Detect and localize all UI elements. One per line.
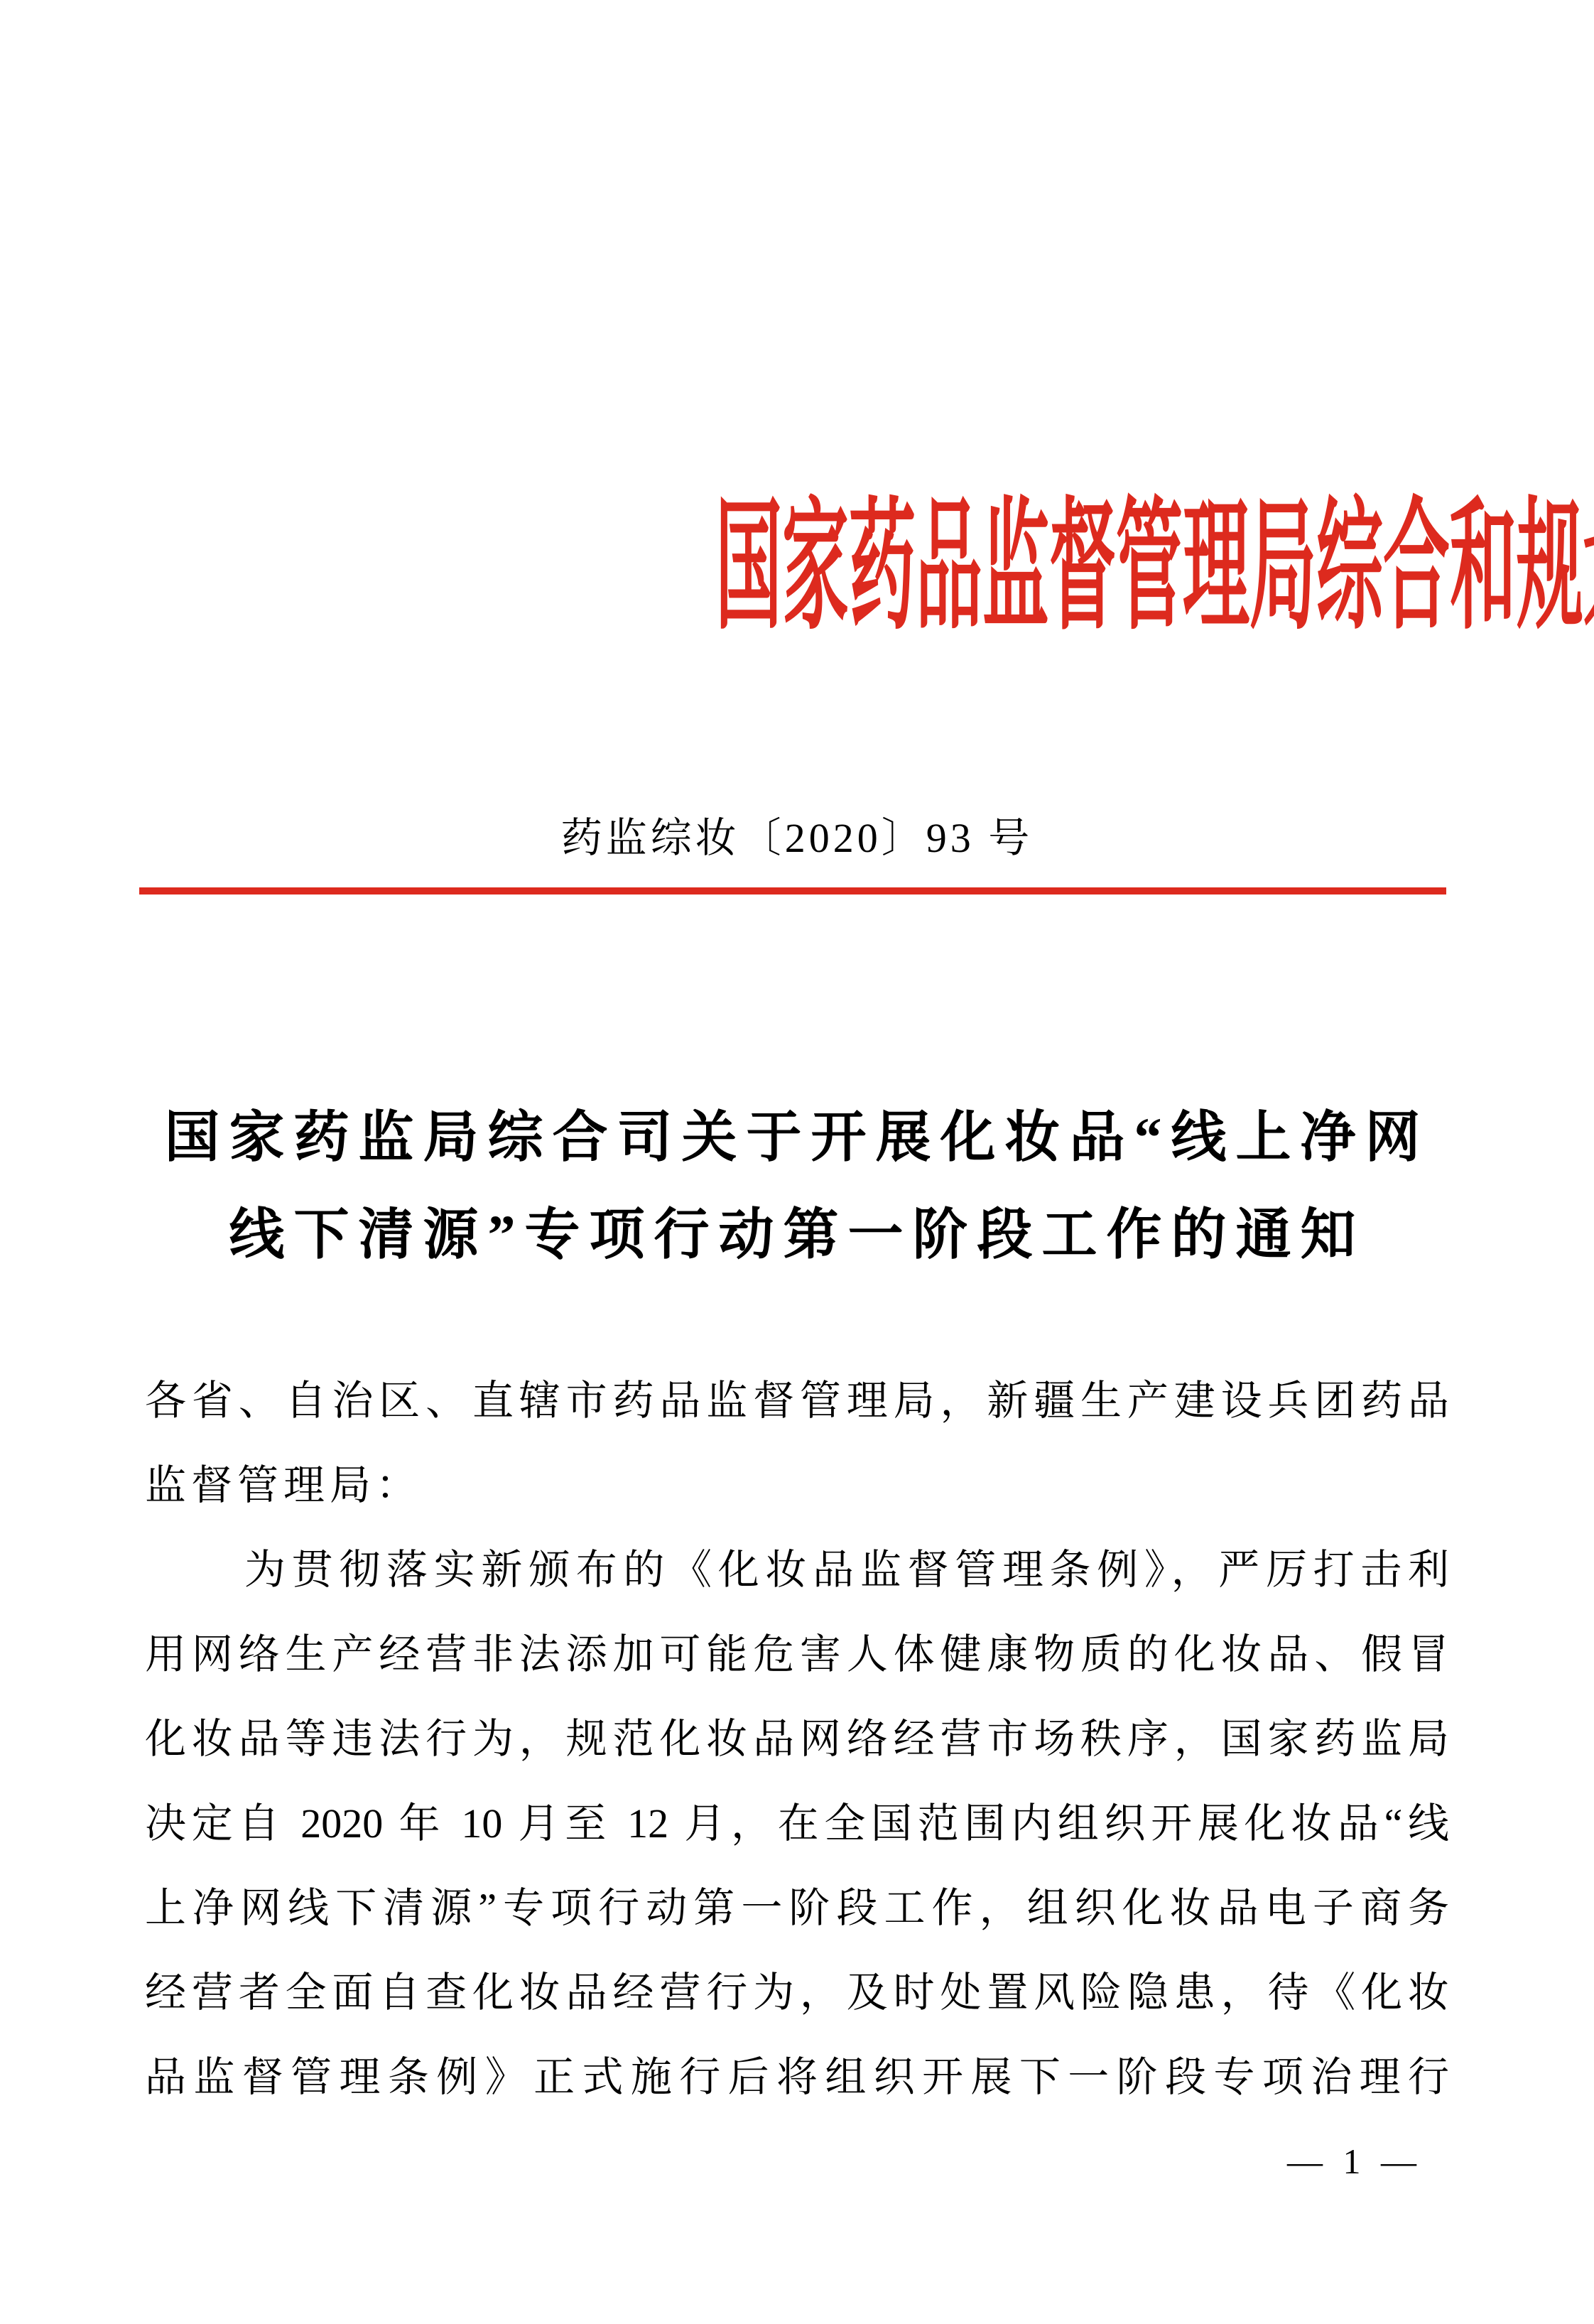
paragraph-line: 上净网线下清源”专项行动第一阶段工作，组织化妆品电子商务 — [145, 1866, 1449, 1950]
red-divider-rule — [139, 887, 1446, 895]
paragraph-line: 为贯彻落实新颁布的《化妆品监督管理条例》，严厉打击利 — [145, 1528, 1449, 1612]
addressee-line: 监督管理局： — [145, 1443, 1449, 1528]
paragraph-line: 化妆品等违法行为，规范化妆品网络经营市场秩序，国家药监局 — [145, 1697, 1449, 1781]
document-title-line2: 线下清源”专项行动第一阶段工作的通知 — [0, 1186, 1594, 1283]
page-number: — 1 — — [1287, 2140, 1422, 2183]
paragraph-line: 用网络生产经营非法添加可能危害人体健康物质的化妆品、假冒 — [145, 1612, 1449, 1697]
letterhead-title: 国家药品监督管理局综合和规划财务司文件 — [715, 490, 1594, 647]
doc-number: 药监综妆〔2020〕93 号 — [0, 810, 1594, 867]
paragraph-line: 决定自 2020 年 10 月至 12 月，在全国范围内组织开展化妆品“线 — [145, 1781, 1449, 1866]
paragraph-line: 经营者全面自查化妆品经营行为，及时处置风险隐患，待《化妆 — [145, 1950, 1449, 2035]
document-title: 国家药监局综合司关于开展化妆品“线上净网 线下清源”专项行动第一阶段工作的通知 — [0, 1088, 1594, 1283]
document-page: 国家药品监督管理局综合和规划财务司文件 药监综妆〔2020〕93 号 国家药监局… — [0, 0, 1594, 2324]
document-title-line1: 国家药监局综合司关于开展化妆品“线上净网 — [0, 1088, 1594, 1186]
body-text: 各省、自治区、直辖市药品监督管理局，新疆生产建设兵团药品 监督管理局： 为贯彻落… — [145, 1358, 1449, 2119]
paragraph-line: 品监督管理条例》正式施行后将组织开展下一阶段专项治理行 — [145, 2035, 1449, 2119]
letterhead: 国家药品监督管理局综合和规划财务司文件 — [0, 490, 1594, 647]
addressee-line: 各省、自治区、直辖市药品监督管理局，新疆生产建设兵团药品 — [145, 1358, 1449, 1443]
